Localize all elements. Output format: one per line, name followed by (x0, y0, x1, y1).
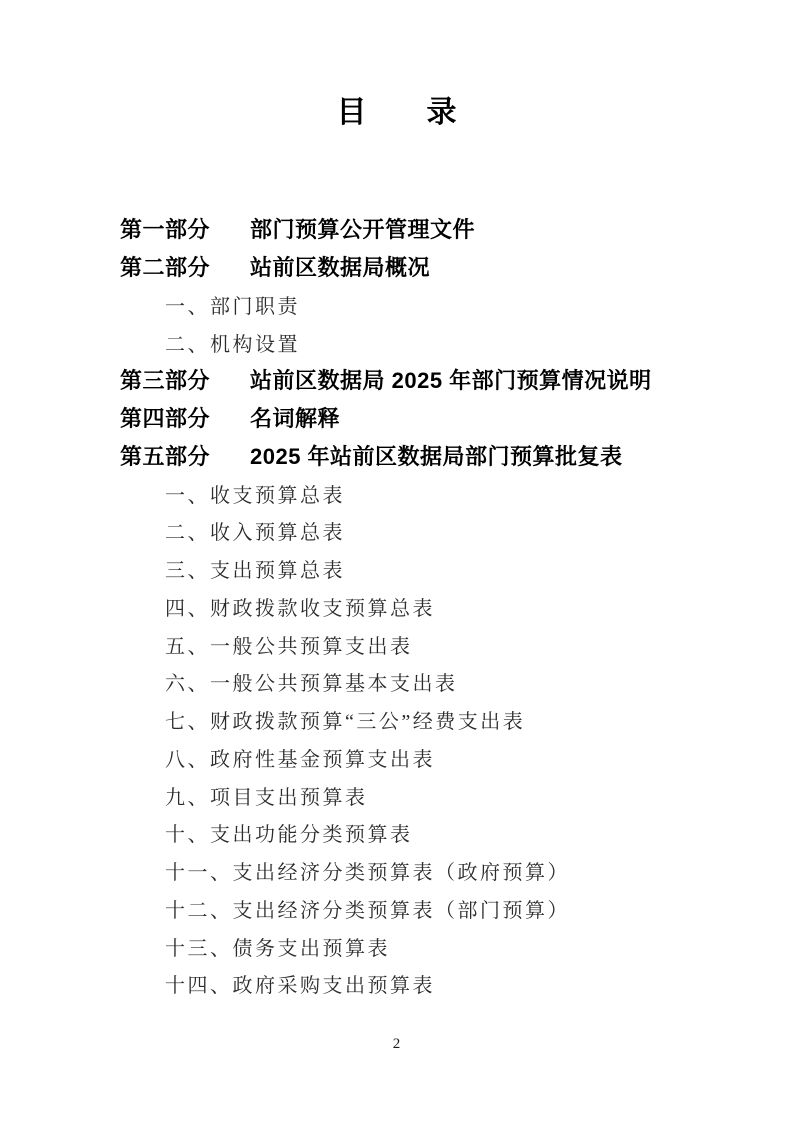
part-label: 第二部分 (120, 251, 250, 282)
entry-text: 十一、支出经济分类预算表（政府预算） (165, 856, 570, 885)
entry-text: 十、支出功能分类预算表 (165, 818, 413, 847)
entry-text: 六、一般公共预算基本支出表 (165, 667, 458, 696)
page-number: 2 (0, 1036, 793, 1053)
entry-text: 二、机构设置 (165, 328, 300, 357)
part-title: 站前区数据局概况 (250, 251, 430, 282)
part-label: 第四部分 (120, 402, 250, 433)
part-label: 第一部分 (120, 213, 250, 244)
toc-entry-sub: 四、财政拨款收支预算总表 (120, 588, 743, 626)
entry-text: 一、部门职责 (165, 290, 300, 319)
entry-text: 十三、债务支出预算表 (165, 932, 390, 961)
entry-text: 九、项目支出预算表 (165, 781, 368, 810)
toc-entry-sub: 十三、债务支出预算表 (120, 927, 743, 965)
entry-text: 十二、支出经济分类预算表（部门预算） (165, 894, 570, 923)
entry-text: 二、收入预算总表 (165, 516, 345, 545)
toc-entry-sub: 三、支出预算总表 (120, 550, 743, 588)
part-title: 站前区数据局 2025 年部门预算情况说明 (250, 364, 652, 395)
toc-entry-sub: 十四、政府采购支出预算表 (120, 965, 743, 1003)
part-title: 部门预算公开管理文件 (250, 213, 475, 244)
toc-entry-sub: 八、政府性基金预算支出表 (120, 739, 743, 777)
toc-entry-sub: 五、一般公共预算支出表 (120, 625, 743, 663)
entry-text: 七、财政拨款预算“三公”经费支出表 (165, 705, 525, 734)
toc-entry-sub: 七、财政拨款预算“三公”经费支出表 (120, 701, 743, 739)
toc-entry-sub: 十一、支出经济分类预算表（政府预算） (120, 852, 743, 890)
entry-text: 三、支出预算总表 (165, 554, 345, 583)
toc-entry-sub: 一、部门职责 (120, 286, 743, 324)
part-title: 2025 年站前区数据局部门预算批复表 (250, 440, 623, 471)
toc-entry-part: 第四部分 名词解释 (120, 399, 743, 437)
document-page: 目 录 第一部分 部门预算公开管理文件 第二部分 站前区数据局概况 一、部门职责… (0, 0, 793, 1122)
toc-entry-sub: 二、收入预算总表 (120, 512, 743, 550)
toc-entry-sub: 六、一般公共预算基本支出表 (120, 663, 743, 701)
part-label: 第三部分 (120, 364, 250, 395)
toc-entry-sub: 二、机构设置 (120, 323, 743, 361)
toc-entry-part: 第二部分 站前区数据局概况 (120, 248, 743, 286)
toc-list: 第一部分 部门预算公开管理文件 第二部分 站前区数据局概况 一、部门职责 二、机… (120, 210, 743, 1003)
entry-text: 五、一般公共预算支出表 (165, 630, 413, 659)
page-title: 目 录 (0, 95, 793, 131)
entry-text: 四、财政拨款收支预算总表 (165, 592, 435, 621)
toc-entry-part: 第五部分 2025 年站前区数据局部门预算批复表 (120, 437, 743, 475)
entry-text: 一、收支预算总表 (165, 479, 345, 508)
toc-entry-part: 第三部分 站前区数据局 2025 年部门预算情况说明 (120, 361, 743, 399)
entry-text: 十四、政府采购支出预算表 (165, 969, 435, 998)
toc-entry-sub: 九、项目支出预算表 (120, 776, 743, 814)
toc-entry-part: 第一部分 部门预算公开管理文件 (120, 210, 743, 248)
entry-text: 八、政府性基金预算支出表 (165, 743, 435, 772)
part-label: 第五部分 (120, 440, 250, 471)
toc-entry-sub: 十、支出功能分类预算表 (120, 814, 743, 852)
part-title: 名词解释 (250, 402, 340, 433)
toc-entry-sub: 十二、支出经济分类预算表（部门预算） (120, 890, 743, 928)
toc-entry-sub: 一、收支预算总表 (120, 474, 743, 512)
